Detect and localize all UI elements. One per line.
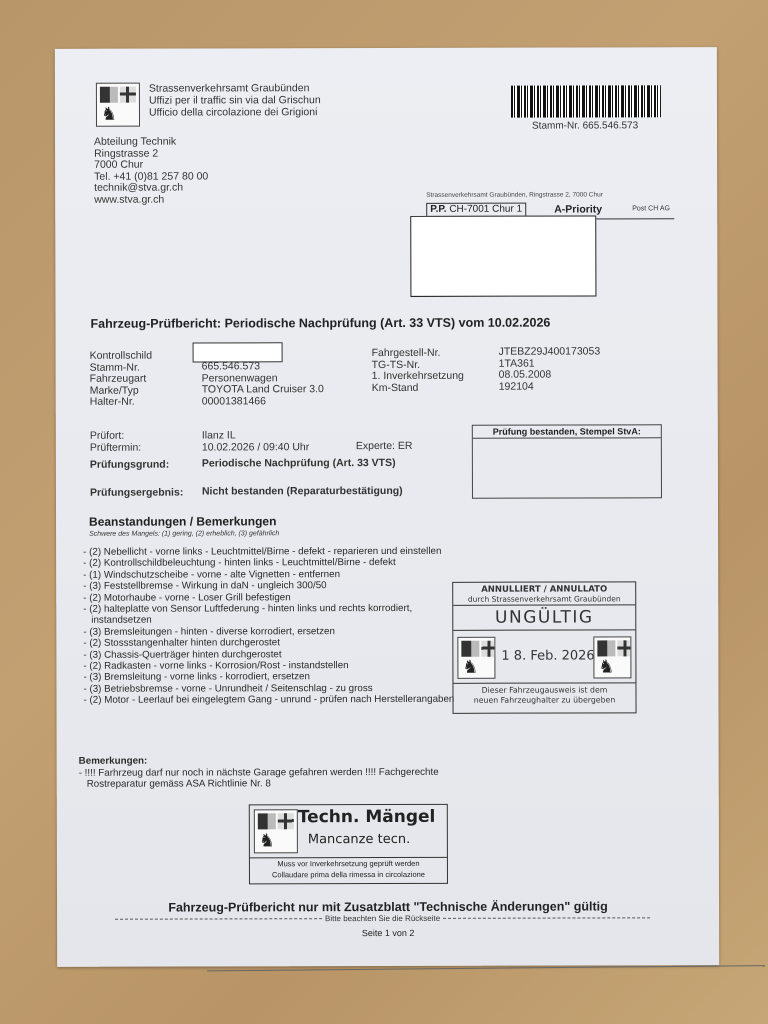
defect-item: - (2) Radkasten - vorne links - Korrosio… (83, 660, 463, 672)
coat-of-arms-logo-icon: ♞ (96, 83, 140, 127)
coat-of-arms-icon: ♞ (593, 636, 631, 678)
value-km-stand: 192104 (499, 381, 601, 393)
paper-fold-line (207, 965, 765, 971)
return-address: Strassenverkehrsamt Graubünden, Ringstra… (426, 191, 603, 198)
label-kontrollschild: Kontrollschild (90, 351, 152, 363)
stamp-note: Dieser Fahrzeugausweis ist dem neuen Fah… (453, 683, 635, 705)
invalid-stamp: ANNULLIERT / ANNULLATO durch Strassenver… (452, 581, 636, 713)
priority-label: A-Priority (554, 203, 602, 215)
stamp-instructions: Muss vor Inverkehrsetzung geprüft werden… (250, 857, 447, 881)
value-experte: Experte: ER (356, 441, 413, 453)
barcode (511, 85, 661, 117)
remark-line: Rostreparatur gemäss ASA Richtlinie Nr. … (79, 778, 439, 790)
department-name: Abteilung Technik (94, 136, 208, 148)
defect-item: - (2) Motorhaube - vorne - Loser Grill b… (83, 591, 463, 603)
pp-prefix: P.P. (430, 204, 446, 215)
severity-legend: Schwere des Mangels: (1) gering, (2) erh… (89, 530, 279, 537)
stamp-subtitle: Mancanze tecn. (308, 832, 410, 847)
value-inverkehrsetzung: 08.05.2008 (499, 369, 601, 381)
defect-item: - (3) Bremsleitungen - hinten - diverse … (83, 626, 463, 638)
value-stamm-nr: 665.546.573 (202, 361, 324, 373)
coat-of-arms-icon: ♞ (457, 637, 495, 679)
defect-item: - (3) Chassis-Querträger hinten durchger… (83, 648, 463, 660)
defect-item: - (2) halteplatte von Sensor Luftfederun… (83, 603, 463, 615)
stamp-authority: durch Strassenverkehrsamt Graubünden (453, 594, 635, 605)
stamp-date-row: ♞ 1 8. Feb. 2026 ♞ (453, 630, 635, 683)
value-pruefungsergebnis: Nicht bestanden (Reparaturbestätigung) (202, 486, 403, 498)
stamp-instruction-line: Muss vor Inverkehrsetzung geprüft werden (250, 858, 447, 870)
redacted-recipient-address (410, 215, 596, 296)
value-halter-nr: 00001381466 (202, 396, 324, 408)
stamp-note-line: neuen Fahrzeughalter zu übergeben (453, 695, 635, 705)
value-pruefungsgrund: Periodische Nachprüfung (Art. 33 VTS) (202, 458, 396, 470)
barcode-caption: Stamm-Nr. 665.546.573 (532, 120, 638, 131)
department-address: Abteilung Technik Ringstrasse 2 7000 Chu… (94, 136, 208, 205)
dashed-divider (115, 918, 322, 920)
city: 7000 Chur (94, 159, 208, 171)
inspection-report-page: ♞ Strassenverkehrsamt Graubünden Uffizi … (55, 47, 719, 967)
defect-item-continuation: instandsetzen (83, 614, 463, 626)
defect-item: - (2) Nebellicht - vorne links - Leuchtm… (83, 546, 463, 558)
value-marke-typ: TOYOTA Land Cruiser 3.0 (202, 384, 324, 396)
label-fahrgestell-nr: Fahrgestell-Nr. (372, 348, 464, 360)
label-fahrzeugart: Fahrzeugart (90, 374, 152, 386)
coat-of-arms-icon: ♞ (254, 809, 298, 853)
sender-line: Uffizi per il traffic sin via dal Grisch… (149, 94, 321, 106)
value-fahrgestell-nr: JTEBZ29J400173053 (499, 346, 601, 358)
pass-stamp-label: Prüfung bestanden, Stempel StvA: (473, 425, 661, 438)
defect-item: - (1) Windschutzscheibe - vorne - alte V… (83, 569, 463, 581)
pass-stamp-box: Prüfung bestanden, Stempel StvA: (472, 424, 662, 498)
defect-item: - (3) Feststellbremse - Wirkung in daN -… (83, 580, 463, 592)
defect-item: - (3) Betriebsbremse - vorne - Unrundhei… (83, 683, 463, 695)
website: www.stva.gr.ch (94, 194, 208, 206)
defect-item: - (3) Bremsleitung - vorne links - korro… (83, 671, 463, 683)
label-pruefungsgrund: Prüfungsgrund: (90, 460, 169, 472)
label-pruefort: Prüfort: (90, 431, 124, 443)
sender-line: Strassenverkehrsamt Graubünden (149, 82, 321, 94)
stamp-title: Techn. Mängel (298, 807, 436, 827)
remark-line: - !!!! Farhrzeug darf nur noch in nächst… (79, 766, 439, 778)
stamp-note-line: Dieser Fahrzeugausweis ist dem (453, 685, 635, 695)
defects-heading: Beanstandungen / Bemerkungen (89, 514, 276, 528)
email: technik@stva.gr.ch (94, 182, 208, 194)
label-prueftermin: Prüftermin: (90, 443, 141, 455)
label-halter-nr: Halter-Nr. (90, 397, 152, 409)
stamp-annulliert: ANNULLIERT / ANNULLATO (453, 582, 635, 594)
vehicle-label-column: Kontrollschild Stamm-Nr. Fahrzeugart Mar… (90, 351, 153, 409)
value-pruefort: Ilanz IL (202, 430, 236, 442)
backside-text: Bitte beachten Sie die Rückseite (322, 914, 443, 923)
sender-header: Strassenverkehrsamt Graubünden Uffizi pe… (149, 82, 321, 118)
dashed-divider (443, 917, 650, 919)
defect-item: - (2) Motor - Leerlauf bei eingelegtem G… (83, 694, 463, 706)
value-prueftermin: 10.02.2026 / 09:40 Uhr (202, 442, 309, 454)
vehicle-value-column: 665.546.573 Personenwagen TOYOTA Land Cr… (202, 361, 324, 407)
pp-office: CH-7001 Chur 1 (449, 204, 522, 215)
defects-list: - (2) Nebellicht - vorne links - Leuchtm… (83, 546, 463, 707)
technical-defects-stamp: ♞ Techn. Mängel Mancanze tecn. Muss vor … (249, 804, 448, 885)
carrier-label: Post CH AG (632, 205, 670, 212)
vehicle-right-labels: Fahrgestell-Nr. TG-TS-Nr. 1. Inverkehrse… (372, 348, 464, 394)
label-pruefungsergebnis: Prüfungsergebnis: (90, 488, 183, 500)
stamp-ungueltig: UNGÜLTIG (453, 605, 635, 630)
defect-item: - (2) Kontrollschildbeleuchtung - hinten… (83, 557, 463, 569)
backside-notice: Bitte beachten Sie die Rückseite (115, 913, 650, 923)
remarks-section: Bemerkungen: - !!!! Farhrzeug darf nur n… (79, 755, 439, 790)
label-inverkehrsetzung: 1. Inverkehrsetzung (372, 371, 464, 383)
label-km-stand: Km-Stand (372, 382, 464, 394)
sender-line: Ufficio della circolazione dei Grigioni (149, 106, 321, 118)
defect-item: - (2) Stossstangenhalter hinten durchger… (83, 637, 463, 649)
vehicle-right-values: JTEBZ29J400173053 1TA361 08.05.2008 1921… (499, 346, 601, 392)
report-title: Fahrzeug-Prüfbericht: Periodische Nachpr… (91, 316, 551, 331)
stamp-instruction-line: Collaudare prima della rimessa in circol… (250, 869, 447, 881)
page-number: Seite 1 von 2 (57, 927, 719, 939)
remarks-heading: Bemerkungen: (79, 755, 439, 767)
stamp-date: 1 8. Feb. 2026 (501, 648, 594, 663)
